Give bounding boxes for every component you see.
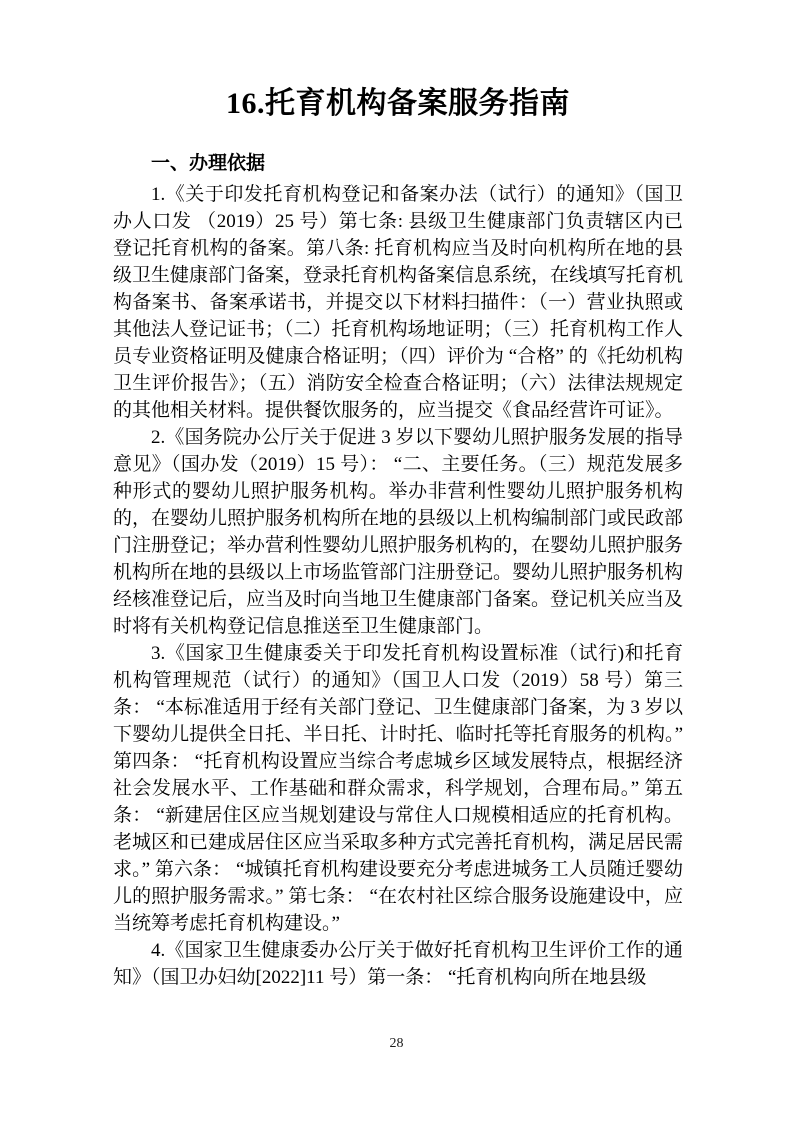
page-number: 28 (0, 1036, 793, 1052)
document-title: 16.托育机构备案服务指南 (113, 84, 683, 123)
section-heading-basis: 一、办理依据 (113, 150, 683, 177)
paragraph-basis-2: 2.《国务院办公厅关于促进 3 岁以下婴幼儿照护服务发展的指导意见》（国办发（2… (113, 424, 683, 640)
document-content: 16.托育机构备案服务指南 一、办理依据 1.《关于印发托育机构登记和备案办法（… (113, 84, 683, 991)
paragraph-basis-4: 4.《国家卫生健康委办公厅关于做好托育机构卫生评价工作的通知》（国卫办妇幼[20… (113, 937, 683, 991)
paragraph-basis-3: 3.《国家卫生健康委关于印发托育机构设置标准（试行)和托育机构管理规范（试行）的… (113, 640, 683, 937)
paragraph-basis-1: 1.《关于印发托育机构登记和备案办法（试行）的通知》（国卫办人口发 （2019）… (113, 181, 683, 424)
document-page: 16.托育机构备案服务指南 一、办理依据 1.《关于印发托育机构登记和备案办法（… (0, 0, 793, 1122)
